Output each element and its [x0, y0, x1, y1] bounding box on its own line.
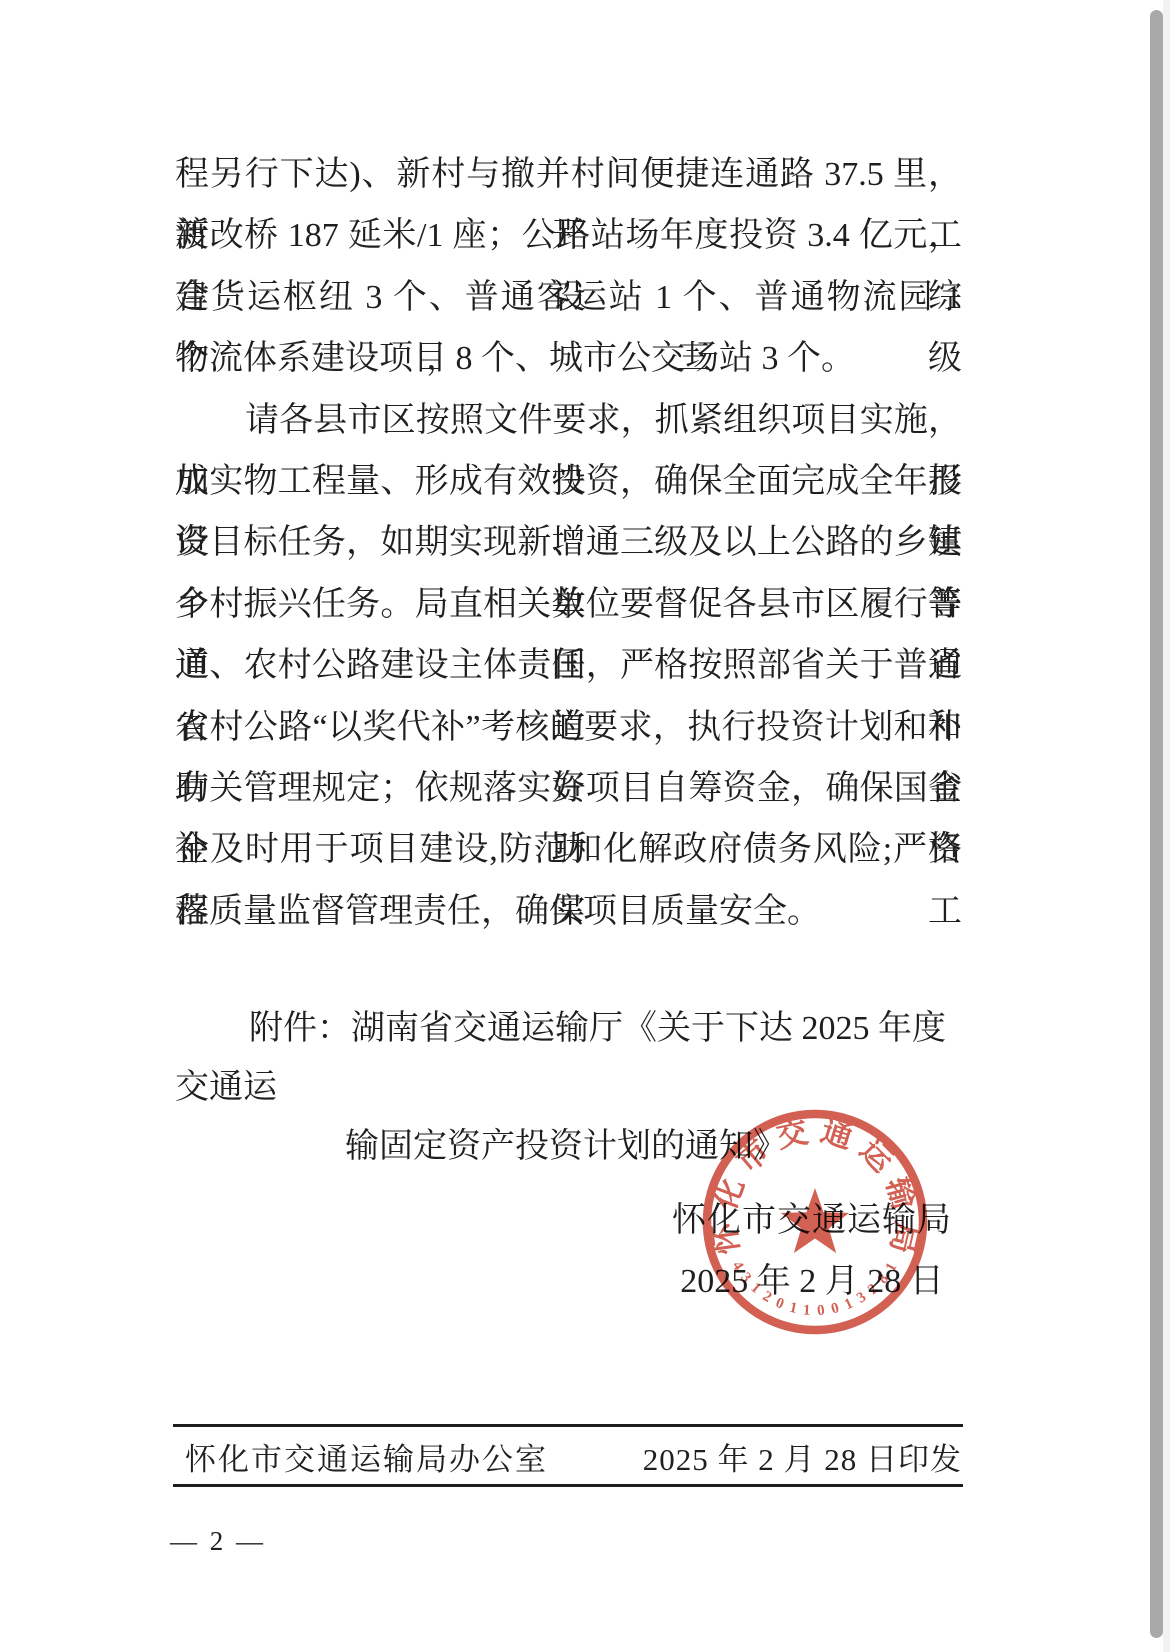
body-line: 道、农村公路建设主体责任，严格按照部省关于普通省道和 — [175, 635, 962, 696]
body-text: 程另行下达)、新村与撤并村间便捷连通路 37.5 里，新开工 渡改桥 187 延… — [175, 144, 962, 942]
body-line: 有关管理规定；依规落实好项目自筹资金，确保国省补助资 — [175, 758, 962, 819]
body-line: 成实物工程量、形成有效投资，确保全面完成全年投资、建 — [175, 451, 962, 512]
body-line: 物流体系建设项目 8 个、城市公交场站 3 个。 — [175, 328, 962, 389]
scan-edge-highlight — [1163, 0, 1170, 1652]
official-seal: 怀化市交通运输局 43120110013281 — [699, 1106, 931, 1338]
body-line: 合货运枢纽 3 个、普通客运站 1 个、普通物流园 1 个，三级 — [175, 267, 962, 328]
footer-rule-bottom — [173, 1484, 963, 1487]
footer-rule-top — [173, 1424, 963, 1427]
scan-edge-shadow — [1150, 10, 1163, 1638]
body-line: 设目标任务，如期实现新增通三级及以上公路的乡镇个数等 — [175, 512, 962, 573]
body-line: 请各县市区按照文件要求，抓紧组织项目实施，加快形 — [175, 390, 962, 451]
body-line: 渡改桥 187 延米/1 座；公路站场年度投资 3.4 亿元，建设综 — [175, 205, 962, 266]
attachment-line: 附件：湖南省交通运输厅《关于下达 2025 年度交通运 — [175, 999, 962, 1117]
scanned-document-page: 程另行下达)、新村与撤并村间便捷连通路 37.5 里，新开工 渡改桥 187 延… — [0, 0, 1170, 1652]
body-line: 金及时用于项目建设,防范和化解政府债务风险;严格落实工 — [175, 819, 962, 880]
body-line: 程另行下达)、新村与撤并村间便捷连通路 37.5 里，新开工 — [175, 144, 962, 205]
body-line: 乡村振兴任务。局直相关单位要督促各县市区履行普通国省 — [175, 574, 962, 635]
footer-issue-date: 2025 年 2 月 28 日印发 — [175, 1434, 962, 1479]
body-line: 农村公路“以奖代补”考核的要求，执行投资计划和补助资金 — [175, 697, 962, 758]
star-icon — [781, 1188, 849, 1253]
page-number: — 2 — — [170, 1526, 266, 1557]
